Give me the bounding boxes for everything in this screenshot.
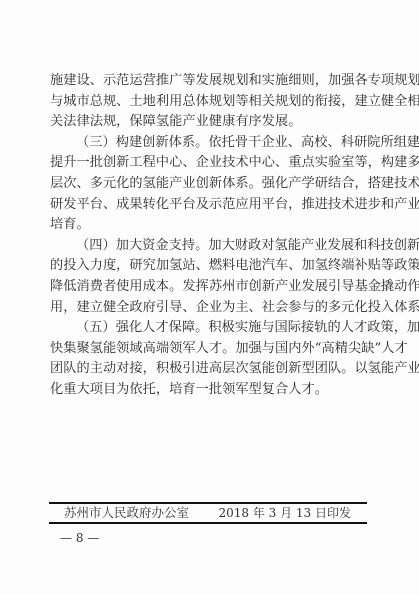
text-line: 团队的主动对接，积极引进高层次氢能创新型团队。以氢能产业 <box>50 359 368 380</box>
text-line: （四）加大资金支持。加大财政对氢能产业发展和科技创新 <box>50 236 368 257</box>
page-number: — 8 — <box>60 530 99 546</box>
text-line: （三）构建创新体系。依托骨干企业、高校、科研院所组建 <box>50 133 368 154</box>
text-line: 的投入力度，研究加氢站、燃料电池汽车、加氢终端补贴等政策， <box>50 256 368 277</box>
text-line: 用，建立健全政府引导、企业为主、社会参与的多元化投入体系。 <box>50 298 368 319</box>
footer-bottom-rule <box>49 522 367 524</box>
text-line: 提升一批创新工程中心、企业技术中心、重点实验室等，构建多 <box>50 153 368 174</box>
text-line: 研发平台、成果转化平台及示范应用平台，推进技术进步和产业 <box>50 195 368 216</box>
document-body: 施建设、示范运营推广等发展规划和实施细则，加强各专项规划 与城市总规、土地利用总… <box>50 71 368 401</box>
text-line: （五）强化人才保障。积极实施与国际接轨的人才政策，加 <box>50 318 368 339</box>
text-line: 关法律法规，保障氢能产业健康有序发展。 <box>50 112 368 133</box>
text-line: 与城市总规、土地利用总体规划等相关规划的衔接，建立健全相 <box>50 92 368 113</box>
text-line: 培育。 <box>50 215 368 236</box>
text-line: 施建设、示范运营推广等发展规划和实施细则，加强各专项规划 <box>50 71 368 92</box>
issue-date: 2018 年 3 月 13 日印发 <box>218 505 351 521</box>
text-line: 层次、多元化的氢能产业创新体系。强化产学研结合，搭建技术 <box>50 174 368 195</box>
document-page: 施建设、示范运营推广等发展规划和实施细则，加强各专项规划 与城市总规、土地利用总… <box>0 0 419 595</box>
issuer-label: 苏州市人民政府办公室 <box>64 505 189 521</box>
text-line: 快集聚氢能领域高端领军人才。加强与国内外“高精尖缺”人才 <box>50 339 368 360</box>
text-line: 降低消费者使用成本。发挥苏州市创新产业发展引导基金撬动作 <box>50 277 368 298</box>
text-line: 化重大项目为依托，培育一批领军型复合人才。 <box>50 380 368 401</box>
footer-top-rule <box>49 502 367 504</box>
